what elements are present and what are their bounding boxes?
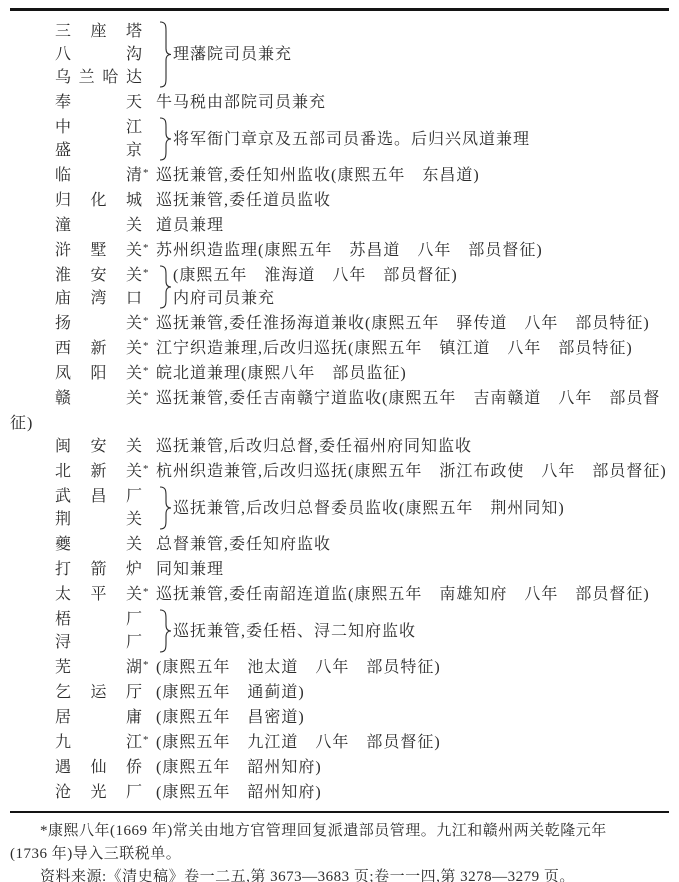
- table-row: 西新关*江宁织造兼理,后改归巡抚(康熙五年 镇江道 八年 部员特征): [55, 337, 669, 360]
- table-row: 太平关*巡抚兼管,委任南韶连道监(康熙五年 南雄知府 八年 部员督征): [55, 583, 669, 606]
- station-name-text: 赣关: [55, 387, 143, 410]
- station-name-text: 沧光厂: [55, 781, 143, 804]
- table-row: 凤阳关*皖北道兼理(康熙八年 部员监征): [55, 362, 669, 385]
- table-row: 芜湖*(康熙五年 池太道 八年 部员特征): [55, 656, 669, 679]
- name-char: 关: [126, 460, 143, 483]
- station-name-column: 北新关*: [55, 460, 156, 483]
- asterisk-marker: *: [143, 162, 156, 185]
- description-line: 巡抚兼管,委任知州监收(康熙五年 东昌道): [156, 164, 480, 187]
- name-char: 阳: [90, 362, 107, 385]
- station-name-column: 西新关*: [55, 337, 156, 360]
- station-description: 总督兼管,委任知府监收: [156, 533, 331, 556]
- description-line: (康熙五年 昌密道): [156, 706, 305, 729]
- name-char: 关: [126, 312, 143, 335]
- description-line: (康熙五年 淮海道 八年 部员督征): [173, 264, 458, 287]
- table-row: 淮安关*庙湾口(康熙五年 淮海道 八年 部员督征)内府司员兼充: [55, 264, 669, 310]
- table-row: 梧厂浔厂巡抚兼管,委任梧、浔二知府监收: [55, 608, 669, 654]
- station-name: 太平关*: [55, 583, 156, 606]
- station-description: 巡抚兼管,委任知州监收(康熙五年 东昌道): [156, 164, 480, 187]
- name-char: 关: [126, 508, 143, 531]
- table-row: 沧光厂(康熙五年 韶州知府): [55, 781, 669, 804]
- name-char: 庙: [55, 287, 72, 310]
- station-name-column: 赣关*: [55, 387, 156, 410]
- station-description: (康熙五年 昌密道): [156, 706, 305, 729]
- name-char: 兰: [79, 66, 96, 89]
- asterisk-marker: *: [143, 458, 156, 481]
- source-citation: 资料来源:《清史稿》卷一二五,第 3673—3683 页;卷一一四,第 3278…: [10, 866, 669, 882]
- description-line: (康熙五年 九江道 八年 部员督征): [156, 731, 441, 754]
- description-line: 巡抚兼管,委任吉南赣宁道监收(康熙五年 吉南赣道 八年 部员督: [156, 387, 660, 410]
- station-name: 芜湖*: [55, 656, 156, 679]
- station-name-column: 遇仙侨: [55, 756, 156, 779]
- group-brace: [156, 485, 173, 531]
- name-char: 湾: [90, 287, 107, 310]
- name-char: 赣: [55, 387, 72, 410]
- name-char: 化: [90, 189, 107, 212]
- name-char: 京: [126, 139, 143, 162]
- station-name: 临清*: [55, 164, 156, 187]
- station-name-column: 扬关*: [55, 312, 156, 335]
- station-description: 将军衙门章京及五部司员番选。后归兴凤道兼理: [173, 116, 530, 162]
- station-name-text: 乞运厅: [55, 681, 143, 704]
- station-name-text: 闽安关: [55, 435, 143, 458]
- name-char: 厂: [126, 485, 143, 508]
- station-name-text: 淮安关: [55, 264, 143, 287]
- station-name-text: 居庸: [55, 706, 143, 729]
- document-page: 三座塔八沟乌兰哈达理藩院司员兼充奉天牛马税由部院司员兼充中江盛京将军衙门章京及五…: [0, 8, 679, 882]
- station-description: 杭州织造兼管,后改归巡抚(康熙五年 浙江布政使 八年 部员督征): [156, 460, 667, 483]
- name-char: 太: [55, 583, 72, 606]
- name-char: 江: [126, 116, 143, 139]
- group-brace: [156, 20, 173, 89]
- station-name-column: 浒墅关*: [55, 239, 156, 262]
- description-line: 将军衙门章京及五部司员番选。后归兴凤道兼理: [173, 128, 530, 151]
- name-char: 厂: [126, 608, 143, 631]
- footnote-note-line-1: *康熙八年(1669 年)常关由地方官管理回复派遣部员管理。九江和赣州两关乾隆元…: [10, 820, 669, 843]
- station-name-column: 芜湖*: [55, 656, 156, 679]
- top-rule: [10, 8, 669, 11]
- name-char: 炉: [126, 558, 143, 581]
- name-char: 归: [55, 189, 72, 212]
- table-row: 临清*巡抚兼管,委任知州监收(康熙五年 东昌道): [55, 164, 669, 187]
- name-char: 关: [126, 583, 143, 606]
- table-row: 赣关*巡抚兼管,委任吉南赣宁道监收(康熙五年 吉南赣道 八年 部员督: [55, 387, 669, 410]
- station-name-column: 沧光厂: [55, 781, 156, 804]
- station-description: (康熙五年 韶州知府): [156, 756, 322, 779]
- name-char: 清: [126, 164, 143, 187]
- group-brace: [156, 116, 173, 162]
- name-char: 湖: [126, 656, 143, 679]
- station-name-column: 奉天: [55, 91, 156, 114]
- station-name-text: 中江: [55, 116, 143, 139]
- station-name-text: 打箭炉: [55, 558, 143, 581]
- station-name-column: 武昌厂荆关: [55, 485, 156, 531]
- description-line: 苏州织造监理(康熙五年 苏昌道 八年 部员督征): [156, 239, 543, 262]
- name-char: 塔: [126, 20, 143, 43]
- footnote: *康熙八年(1669 年)常关由地方官管理回复派遣部员管理。九江和赣州两关乾隆元…: [10, 820, 669, 882]
- name-char: 新: [90, 460, 107, 483]
- name-char: 浔: [55, 631, 72, 654]
- station-name-text: 遇仙侨: [55, 756, 143, 779]
- station-name-text: 扬关: [55, 312, 143, 335]
- name-char: 关: [126, 214, 143, 237]
- name-char: 运: [90, 681, 107, 704]
- asterisk-marker: *: [143, 335, 156, 358]
- station-name: 盛京: [55, 139, 156, 162]
- table-row: 夔关总督兼管,委任知府监收: [55, 533, 669, 556]
- description-line: 江宁织造兼理,后改归巡抚(康熙五年 镇江道 八年 部员特征): [156, 337, 633, 360]
- name-char: 关: [126, 239, 143, 262]
- table-row: 乞运厅(康熙五年 通蓟道): [55, 681, 669, 704]
- station-name-text: 庙湾口: [55, 287, 143, 310]
- description-line: (康熙五年 通蓟道): [156, 681, 305, 704]
- station-description: 江宁织造兼理,后改归巡抚(康熙五年 镇江道 八年 部员特征): [156, 337, 633, 360]
- description-line: 道员兼理: [156, 214, 224, 237]
- table-row: 三座塔八沟乌兰哈达理藩院司员兼充: [55, 20, 669, 89]
- station-name: 赣关*: [55, 387, 156, 410]
- name-char: 淮: [55, 264, 72, 287]
- station-name-column: 夔关: [55, 533, 156, 556]
- station-name-text: 武昌厂: [55, 485, 143, 508]
- asterisk-marker: *: [143, 385, 156, 408]
- station-name-column: 梧厂浔厂: [55, 608, 156, 654]
- table-row: 居庸(康熙五年 昌密道): [55, 706, 669, 729]
- asterisk-marker: *: [143, 262, 156, 285]
- station-name-text: 西新关: [55, 337, 143, 360]
- station-name-text: 夔关: [55, 533, 143, 556]
- station-description: 巡抚兼管,委任梧、浔二知府监收: [173, 608, 416, 654]
- station-description: (康熙五年 淮海道 八年 部员督征)内府司员兼充: [173, 264, 458, 310]
- station-name: 西新关*: [55, 337, 156, 360]
- name-char: 厂: [126, 631, 143, 654]
- station-name: 荆关: [55, 508, 156, 531]
- name-char: 仙: [90, 756, 107, 779]
- name-char: 关: [126, 337, 143, 360]
- station-name-text: 太平关: [55, 583, 143, 606]
- name-char: 座: [90, 20, 107, 43]
- station-name: 闽安关: [55, 435, 156, 458]
- table-row: 浒墅关*苏州织造监理(康熙五年 苏昌道 八年 部员督征): [55, 239, 669, 262]
- description-line: 巡抚兼管,委任南韶连道监(康熙五年 南雄知府 八年 部员督征): [156, 583, 650, 606]
- station-name: 乌兰哈达: [55, 66, 156, 89]
- group-brace: [156, 608, 173, 654]
- station-name: 武昌厂: [55, 485, 156, 508]
- name-char: 夔: [55, 533, 72, 556]
- station-name-text: 归化城: [55, 189, 143, 212]
- station-name-column: 中江盛京: [55, 116, 156, 162]
- station-name-column: 打箭炉: [55, 558, 156, 581]
- name-char: 奉: [55, 91, 72, 114]
- name-char: 关: [126, 435, 143, 458]
- station-name: 夔关: [55, 533, 156, 556]
- name-char: 打: [55, 558, 72, 581]
- station-description: (康熙五年 九江道 八年 部员督征): [156, 731, 441, 754]
- name-char: 闽: [55, 435, 72, 458]
- table-row: 归化城巡抚兼管,委任道员监收: [55, 189, 669, 212]
- name-char: 三: [55, 20, 72, 43]
- station-name: 浔厂: [55, 631, 156, 654]
- name-char: 临: [55, 164, 72, 187]
- footnote-rule: [10, 811, 669, 813]
- name-char: 沧: [55, 781, 72, 804]
- asterisk-marker: *: [143, 581, 156, 604]
- station-description: 巡抚兼管,委任淮扬海道兼收(康熙五年 驿传道 八年 部员特征): [156, 312, 650, 335]
- description-line: (康熙五年 池太道 八年 部员特征): [156, 656, 441, 679]
- name-char: 八: [55, 43, 72, 66]
- description-line: 理藩院司员兼充: [173, 43, 292, 66]
- station-name: 遇仙侨: [55, 756, 156, 779]
- station-description: 皖北道兼理(康熙八年 部员监征): [156, 362, 407, 385]
- station-name-text: 芜湖: [55, 656, 143, 679]
- description-wrap-line: 征): [10, 412, 669, 435]
- name-char: 居: [55, 706, 72, 729]
- station-name: 梧厂: [55, 608, 156, 631]
- description-line: 巡抚兼管,委任梧、浔二知府监收: [173, 620, 416, 643]
- name-char: 箭: [90, 558, 107, 581]
- station-name: 北新关*: [55, 460, 156, 483]
- station-name-column: 临清*: [55, 164, 156, 187]
- name-char: 关: [126, 533, 143, 556]
- description-line: 杭州织造兼管,后改归巡抚(康熙五年 浙江布政使 八年 部员督征): [156, 460, 667, 483]
- description-line: 内府司员兼充: [173, 287, 458, 310]
- station-name-column: 闽安关: [55, 435, 156, 458]
- station-name-text: 荆关: [55, 508, 143, 531]
- station-name: 九江*: [55, 731, 156, 754]
- station-name-column: 潼关: [55, 214, 156, 237]
- name-char: 厅: [126, 681, 143, 704]
- description-line: 总督兼管,委任知府监收: [156, 533, 331, 556]
- station-name-text: 八沟: [55, 43, 143, 66]
- description-line: (康熙五年 韶州知府): [156, 756, 322, 779]
- station-name-column: 乞运厅: [55, 681, 156, 704]
- name-char: 哈: [102, 66, 119, 89]
- name-char: 扬: [55, 312, 72, 335]
- station-name-text: 乌兰哈达: [55, 66, 143, 89]
- asterisk-marker: *: [143, 360, 156, 383]
- asterisk-marker: *: [143, 310, 156, 333]
- station-name: 淮安关*: [55, 264, 156, 287]
- name-char: 城: [126, 189, 143, 212]
- station-name: 庙湾口: [55, 287, 156, 310]
- name-char: 梧: [55, 608, 72, 631]
- station-name: 凤阳关*: [55, 362, 156, 385]
- table-row: 潼关道员兼理: [55, 214, 669, 237]
- table-row: 中江盛京将军衙门章京及五部司员番选。后归兴凤道兼理: [55, 116, 669, 162]
- name-char: 口: [126, 287, 143, 310]
- station-name: 中江: [55, 116, 156, 139]
- name-char: 沟: [126, 43, 143, 66]
- name-char: 昌: [90, 485, 107, 508]
- table-row: 九江*(康熙五年 九江道 八年 部员督征): [55, 731, 669, 754]
- name-char: 关: [126, 387, 143, 410]
- station-name: 潼关: [55, 214, 156, 237]
- station-name-column: 淮安关*庙湾口: [55, 264, 156, 310]
- description-line: 巡抚兼管,委任道员监收: [156, 189, 331, 212]
- table-row: 北新关*杭州织造兼管,后改归巡抚(康熙五年 浙江布政使 八年 部员督征): [55, 460, 669, 483]
- name-char: 芜: [55, 656, 72, 679]
- name-char: 关: [126, 362, 143, 385]
- station-name-text: 盛京: [55, 139, 143, 162]
- asterisk-marker: *: [143, 237, 156, 260]
- name-char: 凤: [55, 362, 72, 385]
- station-description: 理藩院司员兼充: [173, 20, 292, 89]
- name-char: 遇: [55, 756, 72, 779]
- station-name-column: 居庸: [55, 706, 156, 729]
- asterisk-marker: *: [143, 654, 156, 677]
- station-description: 道员兼理: [156, 214, 224, 237]
- table-row: 遇仙侨(康熙五年 韶州知府): [55, 756, 669, 779]
- station-name: 沧光厂: [55, 781, 156, 804]
- station-name-text: 潼关: [55, 214, 143, 237]
- asterisk-marker: *: [143, 729, 156, 752]
- station-description: 牛马税由部院司员兼充: [156, 91, 326, 114]
- customs-table: 三座塔八沟乌兰哈达理藩院司员兼充奉天牛马税由部院司员兼充中江盛京将军衙门章京及五…: [55, 20, 669, 804]
- name-char: 天: [126, 91, 143, 114]
- name-char: 中: [55, 116, 72, 139]
- station-description: (康熙五年 通蓟道): [156, 681, 305, 704]
- table-row: 打箭炉同知兼理: [55, 558, 669, 581]
- station-name-column: 归化城: [55, 189, 156, 212]
- table-row: 扬关*巡抚兼管,委任淮扬海道兼收(康熙五年 驿传道 八年 部员特征): [55, 312, 669, 335]
- station-name: 打箭炉: [55, 558, 156, 581]
- name-char: 乞: [55, 681, 72, 704]
- station-name: 归化城: [55, 189, 156, 212]
- station-description: (康熙五年 韶州知府): [156, 781, 322, 804]
- name-char: 光: [90, 781, 107, 804]
- station-name-column: 九江*: [55, 731, 156, 754]
- station-name: 三座塔: [55, 20, 156, 43]
- group-brace: [156, 264, 173, 310]
- description-line: 巡抚兼管,委任淮扬海道兼收(康熙五年 驿传道 八年 部员特征): [156, 312, 650, 335]
- station-description: 巡抚兼管,后改归总督委员监收(康熙五年 荆州同知): [173, 485, 565, 531]
- name-char: 北: [55, 460, 72, 483]
- station-description: 巡抚兼管,后改归总督,委任福州府同知监收: [156, 435, 472, 458]
- table-row: 武昌厂荆关巡抚兼管,后改归总督委员监收(康熙五年 荆州同知): [55, 485, 669, 531]
- name-char: 九: [55, 731, 72, 754]
- station-name-text: 三座塔: [55, 20, 143, 43]
- station-name-text: 浒墅关: [55, 239, 143, 262]
- name-char: 关: [126, 264, 143, 287]
- name-char: 安: [90, 435, 107, 458]
- name-char: 荆: [55, 508, 72, 531]
- station-description: 巡抚兼管,委任道员监收: [156, 189, 331, 212]
- station-name: 浒墅关*: [55, 239, 156, 262]
- table-row: 奉天牛马税由部院司员兼充: [55, 91, 669, 114]
- name-char: 江: [126, 731, 143, 754]
- station-name-text: 凤阳关: [55, 362, 143, 385]
- station-name-column: 凤阳关*: [55, 362, 156, 385]
- name-char: 武: [55, 485, 72, 508]
- station-description: (康熙五年 池太道 八年 部员特征): [156, 656, 441, 679]
- station-name-text: 九江: [55, 731, 143, 754]
- name-char: 潼: [55, 214, 72, 237]
- station-description: 同知兼理: [156, 558, 224, 581]
- station-name-column: 太平关*: [55, 583, 156, 606]
- station-name: 奉天: [55, 91, 156, 114]
- name-char: 厂: [126, 781, 143, 804]
- description-line: 巡抚兼管,后改归总督,委任福州府同知监收: [156, 435, 472, 458]
- description-line: (康熙五年 韶州知府): [156, 781, 322, 804]
- station-name-text: 浔厂: [55, 631, 143, 654]
- name-char: 西: [55, 337, 72, 360]
- station-description: 巡抚兼管,委任南韶连道监(康熙五年 南雄知府 八年 部员督征): [156, 583, 650, 606]
- station-name-text: 北新关: [55, 460, 143, 483]
- name-char: 侨: [126, 756, 143, 779]
- station-name-text: 梧厂: [55, 608, 143, 631]
- name-char: 盛: [55, 139, 72, 162]
- name-char: 安: [90, 264, 107, 287]
- station-name: 扬关*: [55, 312, 156, 335]
- description-line: 皖北道兼理(康熙八年 部员监征): [156, 362, 407, 385]
- station-description: 巡抚兼管,委任吉南赣宁道监收(康熙五年 吉南赣道 八年 部员督: [156, 387, 660, 410]
- station-name: 八沟: [55, 43, 156, 66]
- name-char: 乌: [55, 66, 72, 89]
- name-char: 达: [126, 66, 143, 89]
- description-line: 牛马税由部院司员兼充: [156, 91, 326, 114]
- station-name: 居庸: [55, 706, 156, 729]
- name-char: 平: [90, 583, 107, 606]
- table-row: 闽安关巡抚兼管,后改归总督,委任福州府同知监收: [55, 435, 669, 458]
- station-name-text: 临清: [55, 164, 143, 187]
- station-description: 苏州织造监理(康熙五年 苏昌道 八年 部员督征): [156, 239, 543, 262]
- name-char: 庸: [126, 706, 143, 729]
- footnote-note-line-2: (1736 年)导入三联税单。: [10, 843, 669, 866]
- station-name-column: 三座塔八沟乌兰哈达: [55, 20, 156, 89]
- description-line: 同知兼理: [156, 558, 224, 581]
- name-char: 墅: [90, 239, 107, 262]
- name-char: 浒: [55, 239, 72, 262]
- name-char: 新: [90, 337, 107, 360]
- station-name: 乞运厅: [55, 681, 156, 704]
- station-name-text: 奉天: [55, 91, 143, 114]
- description-line: 巡抚兼管,后改归总督委员监收(康熙五年 荆州同知): [173, 497, 565, 520]
